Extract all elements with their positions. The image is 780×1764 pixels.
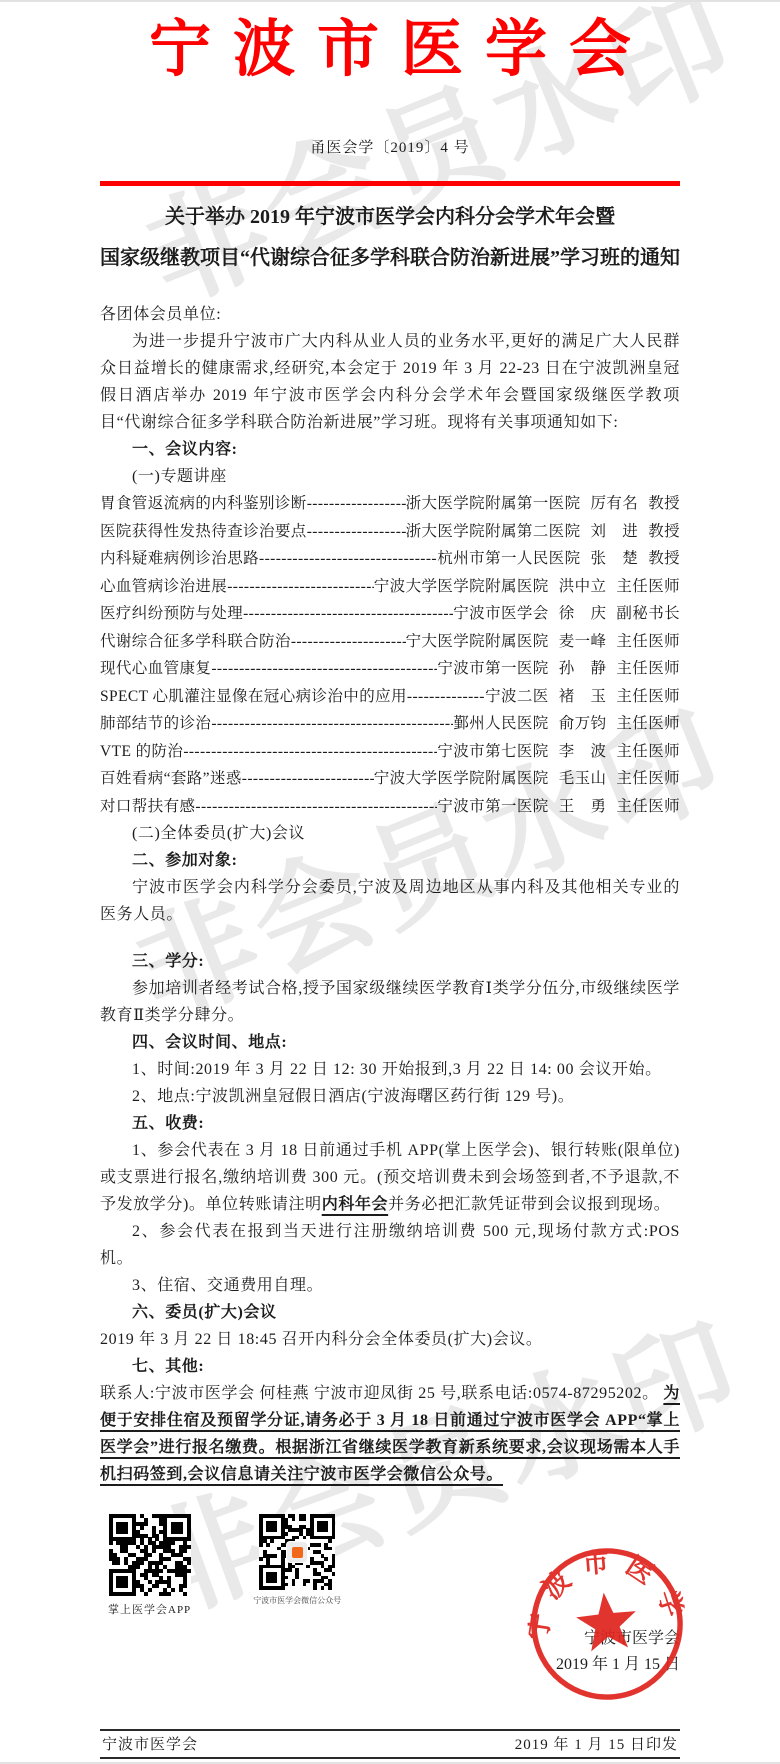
document-page: 非会员水印 非会员水印 非会员水印 宁波市医学会 甬医会学〔2019〕4 号 关… [0, 0, 780, 1764]
lecture-speaker-title: 主任医师 [616, 738, 680, 766]
section-2-heading: 二、参加对象: [100, 847, 680, 874]
doc-number: 甬医会学〔2019〕4 号 [100, 136, 680, 157]
qr-figure-app: 掌上医学会APP [108, 1514, 191, 1617]
section-1-sub2: (二)全体委员(扩大)会议 [100, 820, 680, 847]
lecture-affiliation: 宁波市第七医院 [437, 738, 548, 766]
lecture-affiliation: 宁波大学医学院附属医院 [374, 573, 549, 601]
lecture-row: 心血管病诊治进展 -------------------------------… [100, 573, 680, 601]
section-4-item-place: 2、地点:宁波凯洲皇冠假日酒店(宁波海曙区药行街 129 号)。 [100, 1083, 680, 1110]
section-5-item1: 1、参会代表在 3 月 18 日前通过手机 APP(掌上医学会)、银行转账(限单… [100, 1137, 680, 1218]
lecture-row: VTE 的防治 --------------------------------… [100, 738, 680, 766]
dash-leader: ----------------------------------------… [291, 628, 406, 656]
lecture-row: 医疗纠纷预防与处理 ------------------------------… [100, 600, 680, 628]
lecture-affiliation: 宁波二医 [485, 683, 549, 711]
lecture-speaker: 厉有名 [590, 490, 638, 518]
lecture-row: 代谢综合征多学科联合防治 ---------------------------… [100, 628, 680, 656]
lecture-speaker-title: 主任医师 [616, 573, 680, 601]
lecture-row: 胃食管返流病的内科鉴别诊断 --------------------------… [100, 490, 680, 518]
dash-leader: ----------------------------------------… [183, 738, 437, 766]
official-seal: 宁波市医学会 [520, 1537, 694, 1711]
lecture-speaker: 刘 进 [590, 518, 638, 546]
lecture-affiliation: 宁波大学医学院附属医院 [374, 765, 549, 793]
lecture-topic: 心血管病诊治进展 [100, 573, 227, 601]
section-5-item3: 3、住宿、交通费用自理。 [100, 1272, 680, 1299]
lecture-topic: 内科疑难病例诊治思路 [100, 545, 259, 573]
intro-paragraph: 为进一步提升宁波市广大内科从业人员的业务水平,更好的满足广大人民群众日益增长的健… [100, 328, 680, 436]
notice-title-line2: 国家级继教项目“代谢综合征多学科联合防治新进展”学习班的通知 [100, 243, 680, 273]
lecture-affiliation: 浙大医学院附属第二医院 [406, 518, 581, 546]
lecture-speaker-title: 副秘书长 [616, 600, 680, 628]
lecture-affiliation: 宁波市第一医院 [437, 655, 548, 683]
lecture-speaker: 毛玉山 [559, 765, 607, 793]
dash-leader: ----------------------------------------… [242, 765, 374, 793]
lecture-row: 肺部结节的诊治 --------------------------------… [100, 710, 680, 738]
lecture-speaker: 麦一峰 [559, 628, 607, 656]
lecture-row: 百姓看病“套路”迷惑 -----------------------------… [100, 765, 680, 793]
lecture-affiliation: 浙大医学院附属第一医院 [406, 490, 581, 518]
lecture-speaker: 李 波 [559, 738, 607, 766]
wechat-account-logo-icon [287, 1542, 307, 1562]
seal-star-icon [574, 1589, 640, 1652]
dash-leader: ----------------------------------------… [407, 683, 485, 711]
lecture-row: 现代心血管康复 --------------------------------… [100, 655, 680, 683]
qr-code-wechat-image [259, 1514, 335, 1590]
lecture-topic: SPECT 心肌灌注显像在冠心病诊治中的应用 [100, 683, 407, 711]
lecture-affiliation: 宁大医学院附属医院 [406, 628, 549, 656]
lecture-topic: 对口帮扶有感 [100, 793, 195, 821]
red-divider [100, 181, 680, 186]
lecture-speaker-title: 教授 [648, 518, 680, 546]
lecture-speaker: 张 楚 [590, 545, 638, 573]
lecture-topic: 代谢综合征多学科联合防治 [100, 628, 291, 656]
lecture-list: 胃食管返流病的内科鉴别诊断 --------------------------… [100, 490, 680, 820]
qr-caption-wechat: 宁波市医学会微信公众号 [253, 1595, 341, 1606]
lecture-row: 医院获得性发热待查诊治要点 --------------------------… [100, 518, 680, 546]
lecture-affiliation: 宁波市医学会 [453, 600, 548, 628]
section-2-text: 宁波市医学会内科学分会委员,宁波及周边地区从事内科及其他相关专业的医务人员。 [100, 874, 680, 928]
lecture-speaker: 褚 玉 [559, 683, 607, 711]
lecture-speaker-title: 主任医师 [616, 628, 680, 656]
lecture-affiliation: 杭州市第一人民医院 [437, 545, 580, 573]
lecture-row: SPECT 心肌灌注显像在冠心病诊治中的应用 -----------------… [100, 683, 680, 711]
section-6-text: 2019 年 3 月 22 日 18:45 召开内科分会全体委员(扩大)会议。 [100, 1326, 680, 1353]
lecture-speaker: 俞万钧 [559, 710, 607, 738]
lecture-affiliation: 宁波市第一医院 [437, 793, 548, 821]
footer-print-date: 2019 年 1 月 15 日印发 [515, 1733, 678, 1754]
lecture-speaker-title: 主任医师 [616, 793, 680, 821]
lecture-topic: 医院获得性发热待查诊治要点 [100, 518, 307, 546]
qr-figure-wechat: 宁波市医学会微信公众号 [253, 1514, 341, 1606]
section-1-sub1: (一)专题讲座 [100, 463, 680, 490]
footer-issuer: 宁波市医学会 [102, 1733, 198, 1754]
dash-leader: ----------------------------------------… [211, 655, 437, 683]
lecture-topic: 百姓看病“套路”迷惑 [100, 765, 242, 793]
qr-code-app-image [109, 1514, 191, 1596]
fee-item1-emphasis: 内科年会 [322, 1196, 388, 1213]
dash-leader: ----------------------------------------… [211, 710, 453, 738]
section-5-heading: 五、收费: [100, 1110, 680, 1137]
lecture-topic: 胃食管返流病的内科鉴别诊断 [100, 490, 307, 518]
lecture-speaker-title: 教授 [648, 490, 680, 518]
lecture-speaker-title: 主任医师 [616, 710, 680, 738]
section-1-heading: 一、会议内容: [100, 436, 680, 463]
qr-caption-app: 掌上医学会APP [108, 1601, 191, 1617]
lecture-affiliation: 鄞州人民医院 [453, 710, 548, 738]
dash-leader: ----------------------------------------… [307, 490, 406, 518]
lecture-speaker-title: 主任医师 [616, 655, 680, 683]
lecture-speaker: 孙 静 [559, 655, 607, 683]
lecture-topic: VTE 的防治 [100, 738, 183, 766]
dash-leader: ----------------------------------------… [195, 793, 437, 821]
lecture-speaker: 徐 庆 [559, 600, 607, 628]
lecture-speaker-title: 主任医师 [616, 765, 680, 793]
letterhead-org-title: 宁波市医学会 [100, 10, 680, 90]
lecture-topic: 医疗纠纷预防与处理 [100, 600, 243, 628]
section-5-item2: 2、参会代表在报到当天进行注册缴纳培训费 500 元,现场付款方式:POS 机。 [100, 1218, 680, 1272]
lecture-speaker-title: 主任医师 [616, 683, 680, 711]
document-footer: 宁波市医学会 2019 年 1 月 15 日印发 [100, 1729, 680, 1759]
fee-item1-tail: 并务必把汇款凭证带到会议报到现场。 [388, 1196, 670, 1213]
section-7-heading: 七、其他: [100, 1353, 680, 1380]
contact-info: 联系人:宁波市医学会 何桂燕 宁波市迎凤街 25 号,联系电话:0574-872… [100, 1385, 663, 1402]
lecture-topic: 现代心血管康复 [100, 655, 211, 683]
lecture-speaker: 王 勇 [559, 793, 607, 821]
dash-leader: ----------------------------------------… [307, 518, 406, 546]
dash-leader: ----------------------------------------… [243, 600, 453, 628]
lecture-row: 内科疑难病例诊治思路 -----------------------------… [100, 545, 680, 573]
section-4-heading: 四、会议时间、地点: [100, 1029, 680, 1056]
lecture-speaker-title: 教授 [648, 545, 680, 573]
section-3-heading: 三、学分: [100, 948, 680, 975]
salutation: 各团体会员单位: [100, 301, 680, 328]
dash-leader: ----------------------------------------… [259, 545, 437, 573]
lecture-row: 对口帮扶有感 ---------------------------------… [100, 793, 680, 821]
section-3-text: 参加培训者经考试合格,授予国家级继续医学教育Ⅰ类学分伍分,市级继续医学教育Ⅱ类学… [100, 975, 680, 1029]
section-7-contact: 联系人:宁波市医学会 何桂燕 宁波市迎凤街 25 号,联系电话:0574-872… [100, 1380, 680, 1488]
dash-leader: ----------------------------------------… [227, 573, 374, 601]
lecture-topic: 肺部结节的诊治 [100, 710, 211, 738]
notice-title-line1: 关于举办 2019 年宁波市医学会内科分会学术年会暨 [100, 202, 680, 232]
section-4-item-time: 1、时间:2019 年 3 月 22 日 12: 30 开始报到,3 月 22 … [100, 1056, 680, 1083]
section-6-heading: 六、委员(扩大)会议 [100, 1299, 680, 1326]
lecture-speaker: 洪中立 [559, 573, 607, 601]
